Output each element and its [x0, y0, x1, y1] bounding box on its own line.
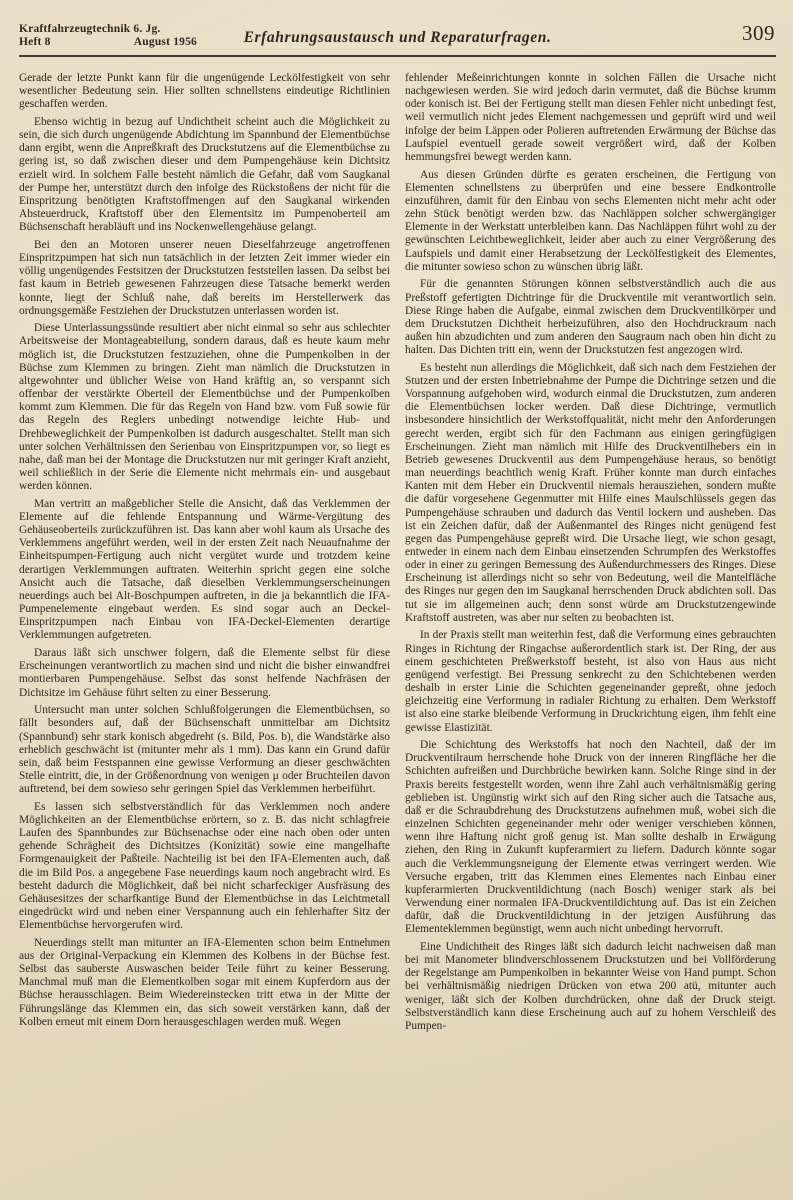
paragraph: Die Schichtung des Werkstoffs hat noch d… — [405, 739, 776, 936]
paragraph: Für die genannten Störungen können selbs… — [405, 278, 776, 357]
paragraph: fehlender Meßeinrichtungen konnte in sol… — [405, 72, 776, 164]
column-left: Gerade der letzte Punkt kann für die ung… — [19, 72, 390, 1038]
content-columns: Gerade der letzte Punkt kann für die ung… — [19, 72, 776, 1038]
paragraph: Gerade der letzte Punkt kann für die ung… — [19, 72, 390, 111]
paragraph: Es besteht nun allerdings die Möglichkei… — [405, 362, 776, 625]
column-right: fehlender Meßeinrichtungen konnte in sol… — [405, 72, 776, 1038]
paragraph: Es lassen sich selbstverständlich für da… — [19, 801, 390, 933]
section-title: Erfahrungsaustausch und Reparaturfragen. — [19, 29, 776, 47]
journal-page: Kraftfahrzeugtechnik 6. Jg. Heft 8 Augus… — [0, 0, 793, 1200]
paragraph: Untersucht man unter solchen Schlußfolge… — [19, 704, 390, 796]
paragraph: Daraus läßt sich unschwer folgern, daß d… — [19, 647, 390, 700]
page-header: Kraftfahrzeugtechnik 6. Jg. Heft 8 Augus… — [19, 22, 776, 54]
paragraph: In der Praxis stellt man weiterhin fest,… — [405, 629, 776, 734]
paragraph: Diese Unterlassungssünde resultiert aber… — [19, 322, 390, 493]
page-number: 309 — [742, 22, 775, 44]
paragraph: Ebenso wichtig in bezug auf Undichtheit … — [19, 116, 390, 234]
paragraph: Neuerdings stellt man mitunter an IFA-El… — [19, 937, 390, 1029]
paragraph: Eine Undichtheit des Ringes läßt sich da… — [405, 941, 776, 1033]
header-rule — [19, 55, 776, 57]
paragraph: Bei den an Motoren unserer neuen Dieself… — [19, 239, 390, 318]
paragraph: Aus diesen Gründen dürfte es geraten ers… — [405, 169, 776, 274]
paragraph: Man vertritt an maßgeblicher Stelle die … — [19, 498, 390, 643]
